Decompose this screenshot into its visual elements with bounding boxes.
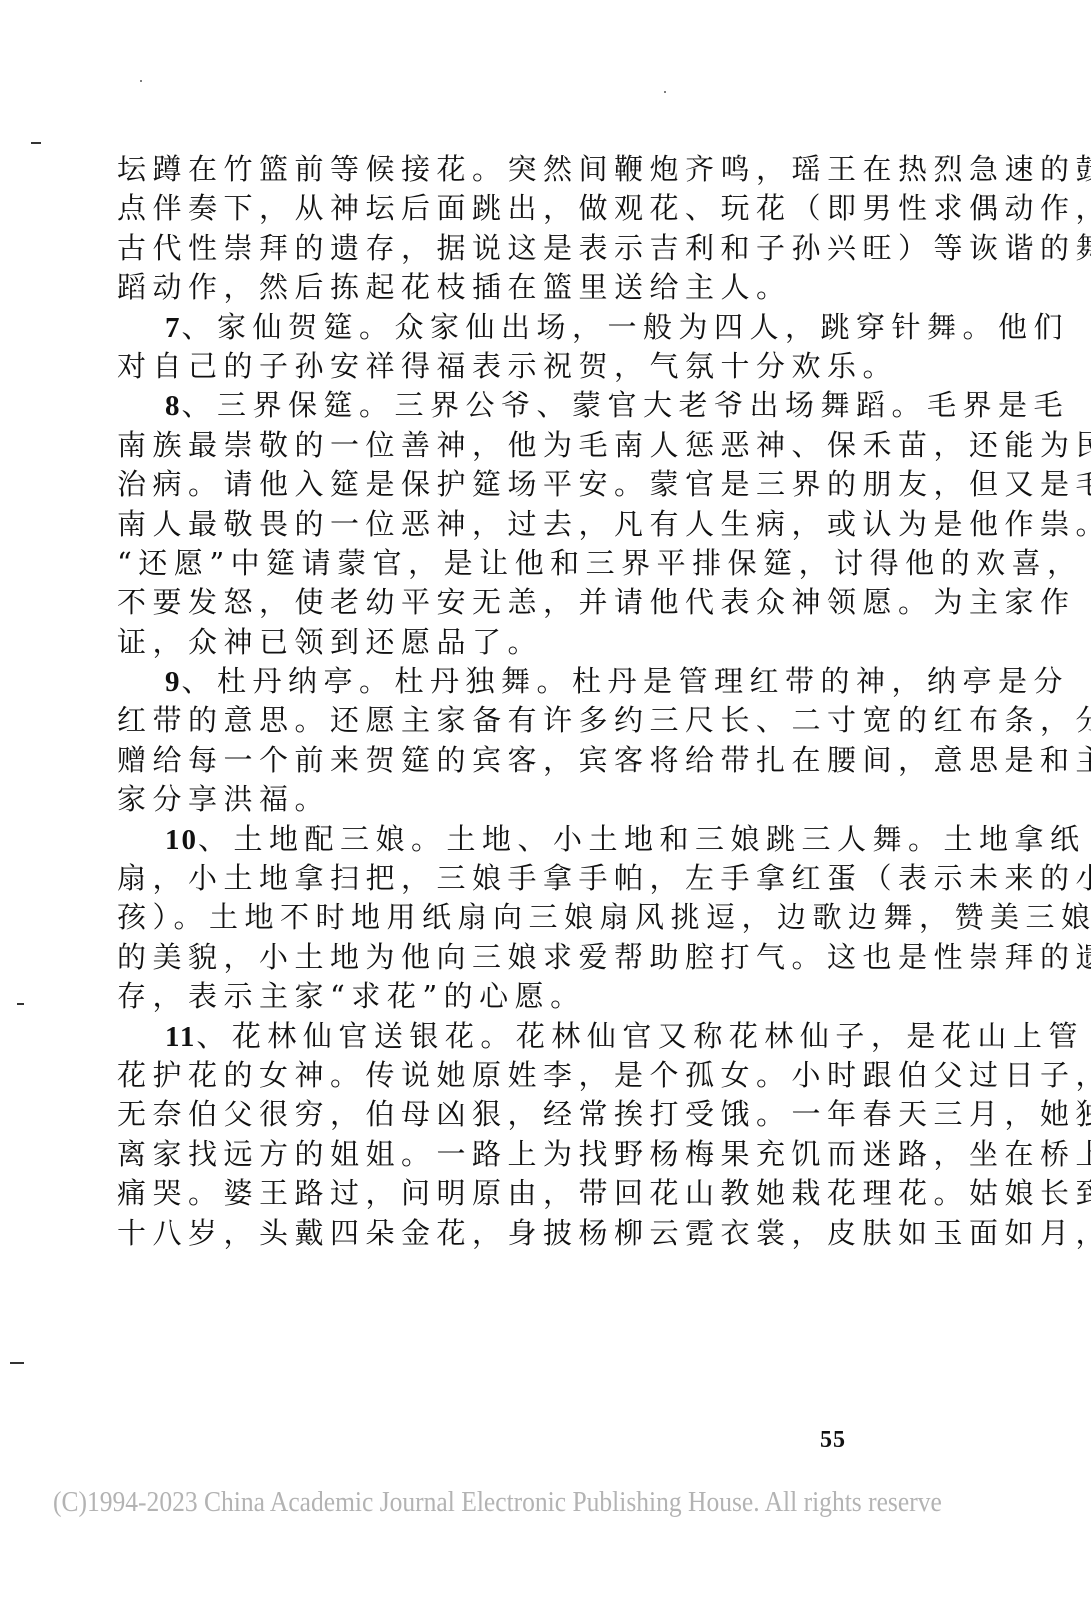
line-text: 治病。请他入筵是保护筵场平安。蒙官是三界的朋友，但又是毛 xyxy=(117,467,1091,501)
line-text: 不要发怒，使老幼平安无恙，并请他代表众神领愿。为主家作 xyxy=(117,585,1076,619)
line-text: 、土地配三娘。土地、小土地和三娘跳三人舞。土地拿纸 xyxy=(198,822,1086,856)
margin-mark xyxy=(10,1362,24,1364)
text-line: 赠给每一个前来贺筵的宾客，宾客将给带扎在腰间，意思是和主 xyxy=(117,741,917,780)
line-text: 赠给每一个前来贺筵的宾客，宾客将给带扎在腰间，意思是和主 xyxy=(117,743,1091,777)
line-text: 点伴奏下，从神坛后面跳出，做观花、玩花（即男性求偶动作， xyxy=(117,191,1091,225)
line-text: 、花林仙官送银花。花林仙官又称花林仙子，是花山上管 xyxy=(196,1019,1084,1053)
section-number: 9 xyxy=(165,666,182,698)
line-text: 离家找远方的姐姐。一路上为找野杨梅果充饥而迷路，坐在桥上 xyxy=(117,1137,1091,1171)
line-text: 无奈伯父很穷，伯母凶狠，经常挨打受饿。一年春天三月，她独自 xyxy=(117,1097,1091,1131)
line-text: 对自己的子孙安祥得福表示祝贺，气氛十分欢乐。 xyxy=(117,349,898,383)
scan-speck xyxy=(664,91,666,93)
text-line: 红带的意思。还愿主家备有许多约三尺长、二寸宽的红布条，分 xyxy=(117,701,917,740)
section-heading-line: 9、杜丹纳亭。杜丹独舞。杜丹是管理红带的神，纳亭是分 xyxy=(117,662,917,701)
line-text: 证，众神已领到还愿品了。 xyxy=(117,625,543,659)
line-text: 蹈动作，然后拣起花枝插在篮里送给主人。 xyxy=(117,270,792,304)
body-text: 坛蹲在竹篮前等候接花。突然间鞭炮齐鸣，瑶王在热烈急速的鼓点伴奏下，从神坛后面跳出… xyxy=(117,150,917,1253)
text-line: 无奈伯父很穷，伯母凶狠，经常挨打受饿。一年春天三月，她独自 xyxy=(117,1095,917,1134)
line-text: 南族最崇敬的一位善神，他为毛南人惩恶神、保禾苗，还能为民 xyxy=(117,428,1091,462)
text-line: 痛哭。婆王路过，问明原由，带回花山教她栽花理花。姑娘长到 xyxy=(117,1174,917,1213)
section-number: 11 xyxy=(165,1021,196,1053)
line-text: 南人最敬畏的一位恶神，过去，凡有人生病，或认为是他作祟。 xyxy=(117,507,1091,541)
line-text: 、三界保筵。三界公爷、蒙官大老爷出场舞蹈。毛界是毛 xyxy=(182,388,1070,422)
section-number: 7 xyxy=(165,312,182,344)
text-line: 扇，小土地拿扫把，三娘手拿手帕，左手拿红蛋（表示未来的小 xyxy=(117,859,917,898)
text-line: 点伴奏下，从神坛后面跳出，做观花、玩花（即男性求偶动作， xyxy=(117,189,917,228)
scanned-page: 坛蹲在竹篮前等候接花。突然间鞭炮齐鸣，瑶王在热烈急速的鼓点伴奏下，从神坛后面跳出… xyxy=(0,0,1091,1602)
text-line: 离家找远方的姐姐。一路上为找野杨梅果充饥而迷路，坐在桥上 xyxy=(117,1135,917,1174)
text-line: 坛蹲在竹篮前等候接花。突然间鞭炮齐鸣，瑶王在热烈急速的鼓 xyxy=(117,150,917,189)
scan-speck xyxy=(140,80,142,82)
line-text: 的美貌，小土地为他向三娘求爱帮助腔打气。这也是性崇拜的遗 xyxy=(117,940,1091,974)
line-text: “还愿”中筵请蒙官，是让他和三界平排保筵，讨得他的欢喜， xyxy=(117,546,1083,580)
text-line: 家分享洪福。 xyxy=(117,780,917,819)
page-number: 55 xyxy=(820,1427,846,1454)
line-text: 花护花的女神。传说她原姓李，是个孤女。小时跟伯父过日子， xyxy=(117,1058,1091,1092)
text-line: 孩）。土地不时地用纸扇向三娘扇风挑逗，边歌边舞，赞美三娘 xyxy=(117,898,917,937)
line-text: 痛哭。婆王路过，问明原由，带回花山教她栽花理花。姑娘长到 xyxy=(117,1176,1091,1210)
section-heading-line: 8、三界保筵。三界公爷、蒙官大老爷出场舞蹈。毛界是毛 xyxy=(117,386,917,425)
text-line: 对自己的子孙安祥得福表示祝贺，气氛十分欢乐。 xyxy=(117,347,917,386)
margin-mark xyxy=(17,1003,24,1005)
line-text: 孩）。土地不时地用纸扇向三娘扇风挑逗，边歌边舞，赞美三娘 xyxy=(117,900,1091,934)
text-line: 南人最敬畏的一位恶神，过去，凡有人生病，或认为是他作祟。 xyxy=(117,505,917,544)
text-line: 十八岁，头戴四朵金花，身披杨柳云霓衣裳，皮肤如玉面如月， xyxy=(117,1214,917,1253)
line-text: 存，表示主家“求花”的心愿。 xyxy=(117,979,586,1013)
line-text: 、家仙贺筵。众家仙出场，一般为四人，跳穿针舞。他们 xyxy=(182,310,1070,344)
text-line: 不要发怒，使老幼平安无恙，并请他代表众神领愿。为主家作 xyxy=(117,583,917,622)
text-line: 南族最崇敬的一位善神，他为毛南人惩恶神、保禾苗，还能为民 xyxy=(117,426,917,465)
line-text: 古代性崇拜的遗存，据说这是表示吉利和子孙兴旺）等诙谐的舞 xyxy=(117,231,1091,265)
line-text: 十八岁，头戴四朵金花，身披杨柳云霓衣裳，皮肤如玉面如月， xyxy=(117,1216,1091,1250)
section-heading-line: 7、家仙贺筵。众家仙出场，一般为四人，跳穿针舞。他们 xyxy=(117,308,917,347)
section-number: 10 xyxy=(165,824,198,856)
copyright-footer: (C)1994-2023 China Academic Journal Elec… xyxy=(53,1486,942,1519)
text-line: 的美貌，小土地为他向三娘求爱帮助腔打气。这也是性崇拜的遗 xyxy=(117,938,917,977)
text-line: 存，表示主家“求花”的心愿。 xyxy=(117,977,917,1016)
line-text: 家分享洪福。 xyxy=(117,782,330,816)
text-line: 证，众神已领到还愿品了。 xyxy=(117,623,917,662)
section-number: 8 xyxy=(165,390,182,422)
text-line: “还愿”中筵请蒙官，是让他和三界平排保筵，讨得他的欢喜， xyxy=(117,544,917,583)
margin-mark xyxy=(31,142,41,144)
section-heading-line: 10、土地配三娘。土地、小土地和三娘跳三人舞。土地拿纸 xyxy=(117,820,917,859)
text-line: 治病。请他入筵是保护筵场平安。蒙官是三界的朋友，但又是毛 xyxy=(117,465,917,504)
line-text: 坛蹲在竹篮前等候接花。突然间鞭炮齐鸣，瑶王在热烈急速的鼓 xyxy=(117,152,1091,186)
line-text: 扇，小土地拿扫把，三娘手拿手帕，左手拿红蛋（表示未来的小 xyxy=(117,861,1091,895)
line-text: 红带的意思。还愿主家备有许多约三尺长、二寸宽的红布条，分 xyxy=(117,703,1091,737)
text-line: 蹈动作，然后拣起花枝插在篮里送给主人。 xyxy=(117,268,917,307)
section-heading-line: 11、花林仙官送银花。花林仙官又称花林仙子，是花山上管 xyxy=(117,1017,917,1056)
line-text: 、杜丹纳亭。杜丹独舞。杜丹是管理红带的神，纳亭是分 xyxy=(182,664,1070,698)
text-line: 古代性崇拜的遗存，据说这是表示吉利和子孙兴旺）等诙谐的舞 xyxy=(117,229,917,268)
text-line: 花护花的女神。传说她原姓李，是个孤女。小时跟伯父过日子， xyxy=(117,1056,917,1095)
